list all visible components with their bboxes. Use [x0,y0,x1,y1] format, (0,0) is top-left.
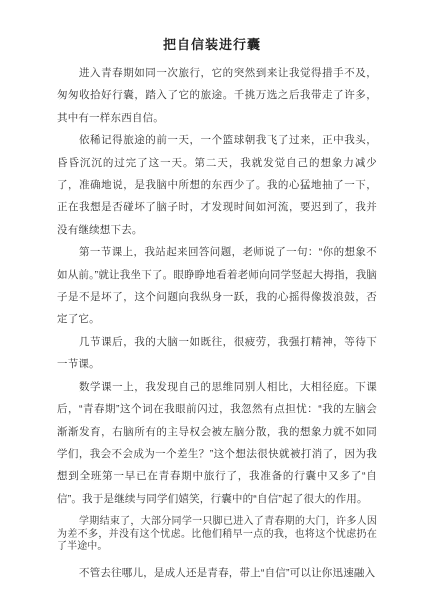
paragraph-intro: 进入青春期如同一次旅行，它的突然到来让我觉得措手不及，匆匆收拾好行囊，踏入了它的… [57,62,377,129]
paragraph-semester-end: 学期结束了，大部分同学一只脚已进入了青春期的大门，许多人因为差不多，并没有这个忧… [57,516,377,554]
paragraph-math-class: 数学课一上，我发现自己的思维同别人相比，大相径庭。下课后，“青春期”这个词在我眼… [57,376,377,510]
document-page: 把自信装进行囊 进入青春期如同一次旅行，它的突然到来让我觉得措手不及，匆匆收拾好… [0,0,424,600]
paragraph-basketball: 依稀记得旅途的前一天，一个篮球朝我飞了过来，正中我头，昏昏沉沉的过完了这一天。第… [57,129,377,241]
document-body: 进入青春期如同一次旅行，它的突然到来让我觉得措手不及，匆匆收拾好行囊，踏入了它的… [0,62,424,583]
paragraph-conclusion: 不管去往哪儿，是成人还是青春，带上“自信”可以让你迅速融入 [57,563,377,583]
paragraph-after-classes: 几节课后，我的大脑一如既往，很疲劳，我强打精神，等待下一节课。 [57,331,377,376]
paragraph-first-class: 第一节课上，我站起来回答问题，老师说了一句：“你的想象不如从前。”就让我坐下了。… [57,241,377,331]
document-title: 把自信装进行囊 [0,37,424,53]
